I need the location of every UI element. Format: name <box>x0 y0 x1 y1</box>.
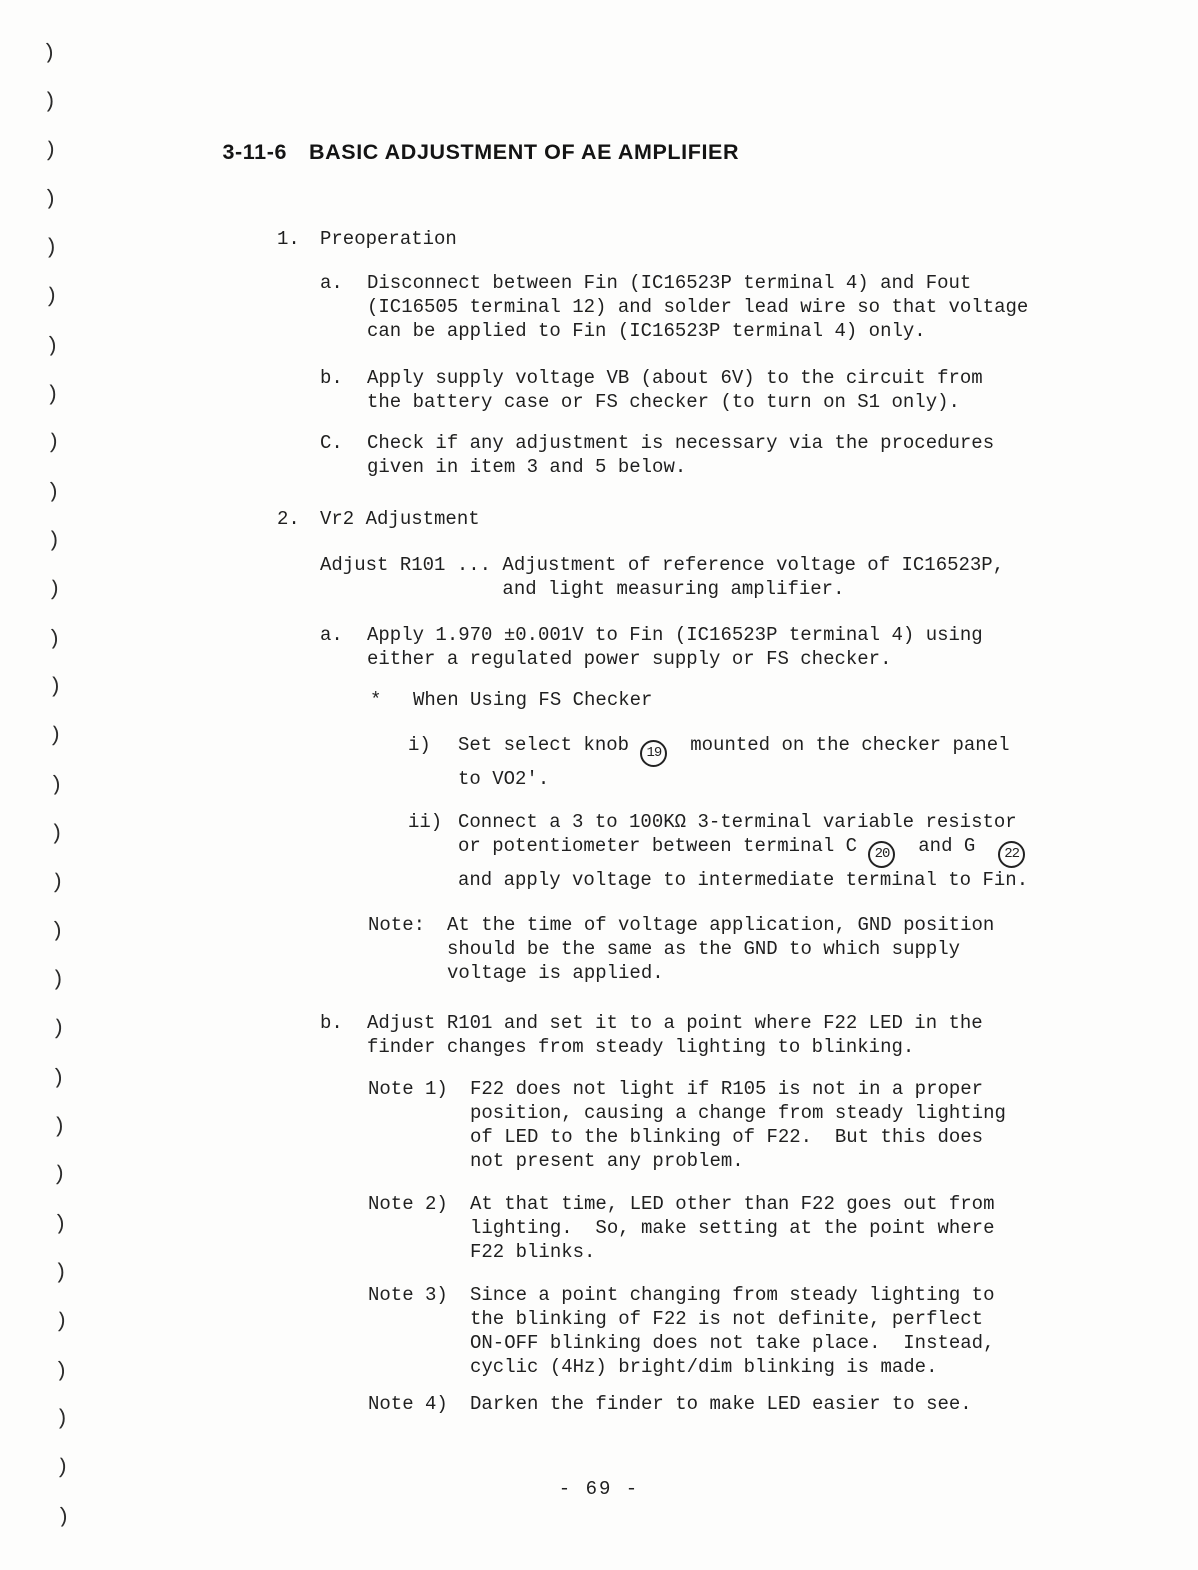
binding-mark: ) <box>47 578 61 602</box>
list-item-2b: b. Adjust R101 and set it to a point whe… <box>183 1011 1103 1059</box>
binding-mark: ) <box>49 725 63 749</box>
binding-mark: ) <box>43 139 57 163</box>
list-marker: b. <box>320 366 367 390</box>
binding-mark: ) <box>53 1164 67 1188</box>
binding-mark: ) <box>55 1359 69 1383</box>
step-ii-text-3: and apply voltage to intermediate termin… <box>458 869 1028 891</box>
list-text: Vr2 Adjustment <box>320 507 480 531</box>
note-4: Note 4) Darken the finder to make LED ea… <box>183 1392 1103 1416</box>
list-marker: * <box>370 688 413 712</box>
binding-mark: ) <box>44 188 58 212</box>
binding-mark: ) <box>49 774 63 798</box>
circled-terminal-20: 20 <box>868 841 895 868</box>
list-text: When Using FS Checker <box>413 688 652 712</box>
note-label: Note 1) <box>368 1077 470 1101</box>
list-marker: a. <box>320 271 367 295</box>
binding-mark: ) <box>50 871 64 895</box>
list-marker: C. <box>320 431 367 455</box>
list-text: Connect a 3 to 100KΩ 3-terminal variable… <box>458 810 1028 892</box>
note-text: F22 does not light if R105 is not in a p… <box>470 1077 1006 1173</box>
section-title: BASIC ADJUSTMENT OF AE AMPLIFIER <box>309 140 739 164</box>
binding-mark: ) <box>46 432 60 456</box>
list-text: Apply supply voltage VB (about 6V) to th… <box>367 366 983 414</box>
note-label: Note 3) <box>368 1283 470 1307</box>
note-text: At the time of voltage application, GND … <box>447 913 994 985</box>
binding-mark: ) <box>51 1018 65 1042</box>
binding-mark: ) <box>56 1506 70 1530</box>
list-item-2: 2. Vr2 Adjustment <box>183 507 1103 531</box>
list-text: Apply 1.970 ±0.001V to Fin (IC16523P ter… <box>367 623 983 671</box>
list-text: Preoperation <box>320 227 457 251</box>
binding-mark: ) <box>46 384 59 407</box>
note-label: Note 2) <box>368 1192 470 1216</box>
list-text: Disconnect between Fin (IC16523P termina… <box>367 271 1028 343</box>
binding-mark: ) <box>50 823 63 846</box>
note-1: Note 1) F22 does not light if R105 is no… <box>183 1077 1103 1173</box>
binding-mark: ) <box>51 920 65 944</box>
list-text: Adjust R101 ... Adjustment of reference … <box>320 553 1004 601</box>
binding-mark: ) <box>42 42 56 66</box>
step-ii-text-2: and G <box>895 835 998 857</box>
list-marker: i) <box>408 733 458 757</box>
binding-mark: ) <box>54 1310 68 1334</box>
circled-terminal-19: 19 <box>640 740 667 767</box>
section-number: 3-11-6 <box>222 140 287 164</box>
circled-terminal-22: 22 <box>998 841 1025 868</box>
list-item-1c: C. Check if any adjustment is necessary … <box>183 431 1103 479</box>
list-item-1a: a. Disconnect between Fin (IC16523P term… <box>183 271 1103 343</box>
list-item-1b: b. Apply supply voltage VB (about 6V) to… <box>183 366 1103 414</box>
page-number: - 69 - <box>0 1478 1198 1500</box>
step-i: i) Set select knob 19 mounted on the che… <box>183 733 1103 791</box>
binding-mark: ) <box>48 627 62 651</box>
note-text: Since a point changing from steady light… <box>470 1283 995 1379</box>
note-text: Darken the finder to make LED easier to … <box>470 1392 972 1416</box>
section-heading: 3-11-6BASIC ADJUSTMENT OF AE AMPLIFIER <box>183 113 1103 191</box>
adjustment-description: Adjust R101 ... Adjustment of reference … <box>183 553 1103 601</box>
binding-mark: ) <box>45 286 59 310</box>
list-marker: ii) <box>408 810 458 834</box>
binding-mark: ) <box>45 237 58 260</box>
binding-mark: ) <box>53 1116 66 1139</box>
binding-marks-column: ))))))))))))))))))))))))))))))) <box>0 0 90 1570</box>
binding-mark: ) <box>52 969 65 992</box>
binding-mark: ) <box>53 1213 67 1237</box>
note-label: Note: <box>368 913 447 937</box>
list-text: Adjust R101 and set it to a point where … <box>367 1011 983 1059</box>
note-2: Note 2) At that time, LED other than F22… <box>183 1192 1103 1264</box>
list-marker: 1. <box>277 227 320 251</box>
binding-mark: ) <box>46 481 60 505</box>
binding-mark: ) <box>54 1262 67 1285</box>
page-content: 3-11-6BASIC ADJUSTMENT OF AE AMPLIFIER 1… <box>183 113 1103 1416</box>
binding-mark: ) <box>55 1457 69 1481</box>
binding-mark: ) <box>48 530 61 553</box>
step-i-text-before: Set select knob <box>458 734 640 756</box>
list-item-2a: a. Apply 1.970 ±0.001V to Fin (IC16523P … <box>183 623 1103 671</box>
binding-mark: ) <box>45 334 59 358</box>
list-marker: 2. <box>277 507 320 531</box>
step-ii: ii) Connect a 3 to 100KΩ 3-terminal vari… <box>183 810 1103 892</box>
list-text: Check if any adjustment is necessary via… <box>367 431 994 479</box>
binding-mark: ) <box>56 1408 69 1431</box>
note-label: Note 4) <box>368 1392 470 1416</box>
list-marker: a. <box>320 623 367 647</box>
list-text: Set select knob 19 mounted on the checke… <box>458 733 1010 791</box>
note-gnd: Note: At the time of voltage application… <box>183 913 1103 985</box>
list-marker: b. <box>320 1011 367 1035</box>
scanned-manual-page: ))))))))))))))))))))))))))))))) 3-11-6BA… <box>0 0 1198 1570</box>
list-item-1: 1. Preoperation <box>183 227 1103 251</box>
binding-mark: ) <box>43 91 56 114</box>
fs-checker-heading: * When Using FS Checker <box>183 688 1103 712</box>
binding-mark: ) <box>52 1066 66 1090</box>
note-3: Note 3) Since a point changing from stea… <box>183 1283 1103 1379</box>
binding-mark: ) <box>49 676 62 699</box>
note-text: At that time, LED other than F22 goes ou… <box>470 1192 995 1264</box>
